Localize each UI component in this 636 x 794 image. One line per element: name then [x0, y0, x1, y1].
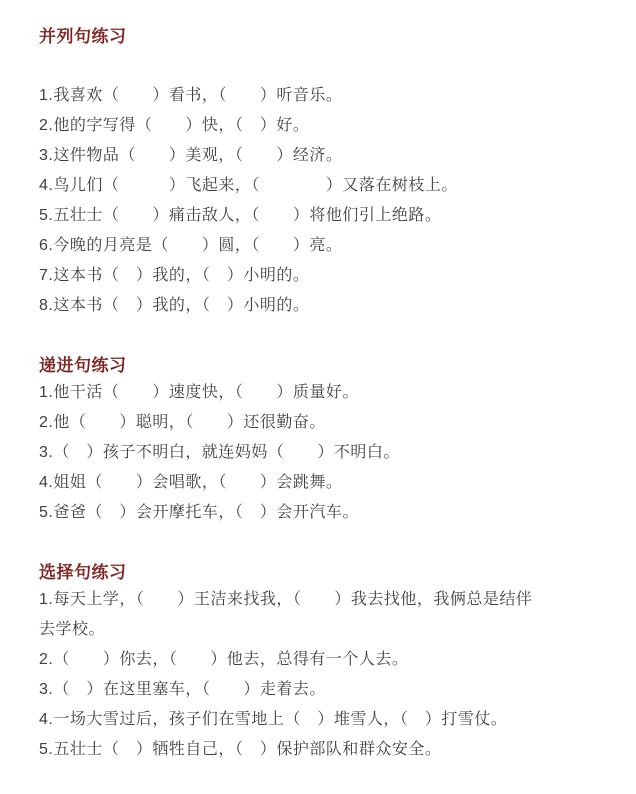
exercise-item: 5.五壮士（ ）痛击敌人，（ ）将他们引上绝路。 — [39, 201, 612, 231]
exercise-item: 3.这件物品（ ）美观，（ ）经济。 — [39, 141, 612, 171]
exercise-item: 3.（ ）在这里塞车，（ ）走着去。 — [39, 675, 612, 705]
exercise-item: 1.我喜欢（ ）看书，（ ）听音乐。 — [39, 81, 612, 111]
exercise-item: 1.每天上学，（ ）王洁来找我，（ ）我去找他，我俩总是结伴 去学校。 — [39, 585, 612, 645]
exercise-item: 4.姐姐（ ）会唱歌，（ ）会跳舞。 — [39, 468, 612, 498]
exercise-item: 5.五壮士（ ）牺牲自己，（ ）保护部队和群众安全。 — [39, 735, 612, 765]
section-title-parallel: 并列句练习 — [39, 28, 612, 46]
exercise-item: 4.一场大雪过后，孩子们在雪地上（ ）堆雪人，（ ）打雪仗。 — [39, 705, 612, 735]
exercise-item: 6.今晚的月亮是（ ）圆，（ ）亮。 — [39, 231, 612, 261]
exercise-item: 7.这本书（ ）我的，（ ）小明的。 — [39, 261, 612, 291]
section-choice-sentences: 选择句练习 1.每天上学，（ ）王洁来找我，（ ）我去找他，我俩总是结伴 去学校… — [39, 564, 612, 765]
exercise-item: 1.他干活（ ）速度快，（ ）质量好。 — [39, 378, 612, 408]
exercise-list-parallel: 1.我喜欢（ ）看书，（ ）听音乐。 2.他的字写得（ ）快，（ ）好。 3.这… — [39, 81, 612, 321]
exercise-item: 4.鸟儿们（ ）飞起来，（ ）又落在树枝上。 — [39, 171, 612, 201]
exercise-list-choice: 1.每天上学，（ ）王洁来找我，（ ）我去找他，我俩总是结伴 去学校。 2.（ … — [39, 585, 612, 765]
exercise-item: 3.（ ）孩子不明白，就连妈妈（ ）不明白。 — [39, 438, 612, 468]
exercise-item: 8.这本书（ ）我的，（ ）小明的。 — [39, 291, 612, 321]
worksheet-page: 并列句练习 1.我喜欢（ ）看书，（ ）听音乐。 2.他的字写得（ ）快，（ ）… — [0, 0, 636, 794]
exercise-item: 2.他的字写得（ ）快，（ ）好。 — [39, 111, 612, 141]
section-parallel-sentences: 并列句练习 1.我喜欢（ ）看书，（ ）听音乐。 2.他的字写得（ ）快，（ ）… — [39, 28, 612, 321]
section-title-choice: 选择句练习 — [39, 564, 612, 582]
exercise-item: 5.爸爸（ ）会开摩托车，（ ）会开汽车。 — [39, 498, 612, 528]
exercise-list-progressive: 1.他干活（ ）速度快，（ ）质量好。 2.他（ ）聪明，（ ）还很勤奋。 3.… — [39, 378, 612, 528]
section-title-progressive: 递进句练习 — [39, 357, 612, 375]
exercise-item: 2.（ ）你去，（ ）他去，总得有一个人去。 — [39, 645, 612, 675]
exercise-item: 2.他（ ）聪明，（ ）还很勤奋。 — [39, 408, 612, 438]
section-progressive-sentences: 递进句练习 1.他干活（ ）速度快，（ ）质量好。 2.他（ ）聪明，（ ）还很… — [39, 357, 612, 528]
